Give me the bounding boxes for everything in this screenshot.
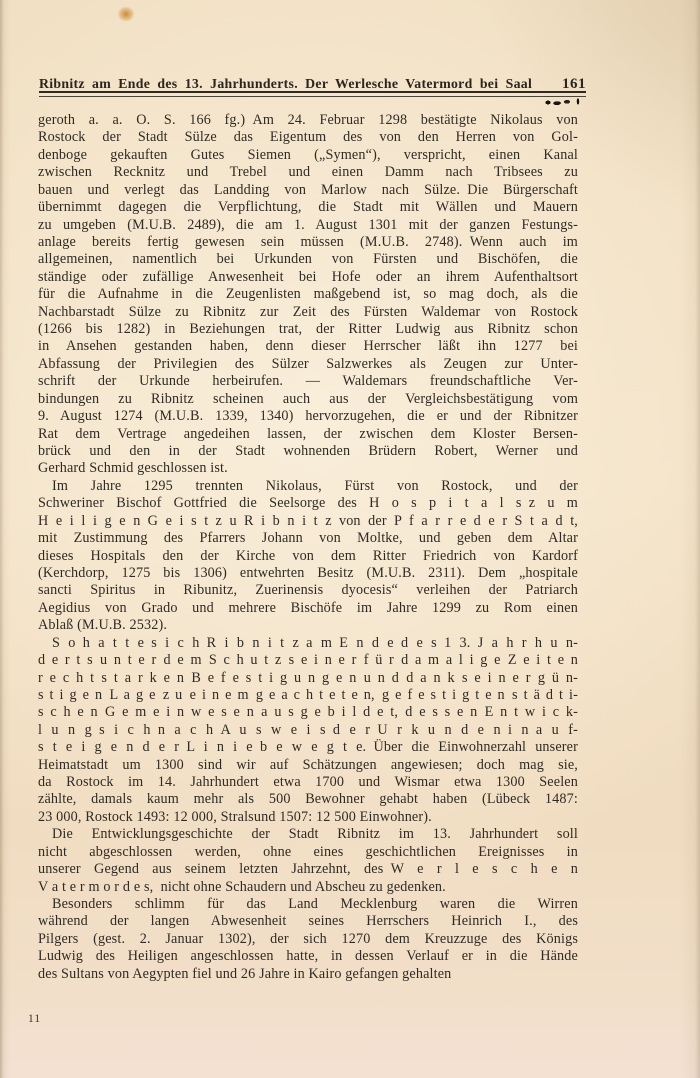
text-line: zwischen Recknitz und Trebel und einen D… [38, 164, 578, 181]
text-line: Ludwig des Heiligen angeschlossen hatte,… [38, 948, 578, 965]
text-line: Besonders schlimm für das Land Mecklenbu… [38, 896, 578, 913]
text-line: d e r t s u n t e r d e m S c h u t z s … [38, 652, 578, 669]
text-line: allgemeinen, namentlich bei Urkunden von… [38, 251, 578, 268]
text-line: Pilgers (gest. 2. Januar 1302), der sich… [38, 931, 578, 948]
text-line: Nachbarstadt Sülze zu Ribnitz zur Zeit d… [38, 304, 578, 321]
text-line: da Rostock im 14. Jahrhundert etwa 1700 … [38, 774, 578, 791]
text-line: zählte, damals kaum mehr als 500 Bewohne… [38, 791, 578, 808]
text-line: unserer Gegend aus seinem letzten Jahrze… [38, 861, 578, 878]
text-line: Ablaß (M.U.B. 2532). [38, 617, 578, 634]
text-line: l u n g s i c h n a c h A u s w e i s d … [38, 722, 578, 739]
text-line: Schweriner Bischof Gottfried die Seelsor… [38, 495, 578, 512]
text-line: Gerhard Schmid geschlossen ist. [38, 460, 578, 477]
text-line: des Sultans von Aegypten fiel und 26 Jah… [38, 966, 578, 983]
text-line: s c h e n G e m e i n w e s e n a u s g … [38, 704, 578, 721]
text-line: Die Entwicklungsgeschichte der Stadt Rib… [38, 826, 578, 843]
text-line: während der langen Abwesenheit seines He… [38, 913, 578, 930]
text-line: S o h a t t e s i c h R i b n i t z a m … [38, 635, 578, 652]
header-rule [39, 91, 586, 97]
book-page: Ribnitz am Ende des 13. Jahrhunderts. De… [0, 0, 700, 1078]
text-line: bindungen zu Ribnitz scheinen auch aus d… [38, 391, 578, 408]
paper-stain [115, 4, 137, 24]
text-line: dieses Hospitals den der Kirche von dem … [38, 548, 578, 565]
signature-mark: 11 [28, 1013, 41, 1025]
text-line: (1266 bis 1282) in Beziehungen trat, der… [38, 321, 578, 338]
text-line: für die Aufnahme in die Zeugenlisten maß… [38, 286, 578, 303]
text-line: mit Zustimmung des Pfarrers Johann von M… [38, 530, 578, 547]
text-line: übernimmt dagegen die Verpflichtung, die… [38, 199, 578, 216]
text-line: anlage bereits fertig gewesen sein müsse… [38, 234, 578, 251]
text-line: in Ansehen gestanden haben, denn dieser … [38, 338, 578, 355]
text-line: s t e i g e n d e r L i n i e b e w e g … [38, 739, 578, 756]
text-line: Heimatstadt um 1300 sind wir auf Schätzu… [38, 757, 578, 774]
text-line: s t i g e n L a g e z u e i n e m g e a … [38, 687, 578, 704]
text-line: bauen und verlegt das Landding von Marlo… [38, 182, 578, 199]
ink-smudge [544, 97, 580, 106]
text-block: geroth a. a. O. S. 166 fg.) Am 24. Febru… [38, 112, 578, 983]
text-line: Im Jahre 1295 trennten Nikolaus, Fürst v… [38, 478, 578, 495]
text-line: Rat dem Vertrage angedeihen lassen, der … [38, 426, 578, 443]
text-line: Rostock der Stadt Sülze das Eigentum des… [38, 129, 578, 146]
text-line: Abfassung der Privilegien des Sülzer Sal… [38, 356, 578, 373]
text-line: denboge gekauften Gutes Siemen („Symen“)… [38, 147, 578, 164]
text-line: geroth a. a. O. S. 166 fg.) Am 24. Febru… [38, 112, 578, 129]
running-title: Ribnitz am Ende des 13. Jahrhunderts. De… [39, 76, 532, 92]
text-line: (Kerchdorp, 1275 bis 1306) entwehrten Be… [38, 565, 578, 582]
text-line: 9. August 1274 (M.U.B. 1339, 1340) hervo… [38, 408, 578, 425]
text-line: ständige oder zufällige Anwesenheit bei … [38, 269, 578, 286]
text-line: H e i l i g e n G e i s t z u R i b n i … [38, 513, 578, 530]
text-line: schrift der Urkunde herbeirufen. — Walde… [38, 373, 578, 390]
text-line: brück und den in der Stadt wohnenden Brü… [38, 443, 578, 460]
text-line: sancti Spiritus in Ribunitz, Zuerinensis… [38, 582, 578, 599]
text-line: zu umgeben (M.U.B. 2489), die am 1. Augu… [38, 217, 578, 234]
text-line: Aegidius von Grado und mehrere Bischöfe … [38, 600, 578, 617]
text-line: 23 000, Rostock 1493: 12 000, Stralsund … [38, 809, 578, 826]
text-line: V a t e r m o r d e s, nicht ohne Schaud… [38, 879, 578, 896]
text-line: nicht abgeschlossen werden, ohne eines g… [38, 844, 578, 861]
text-line: r e c h t s t a r k e n B e f e s t i g … [38, 670, 578, 687]
